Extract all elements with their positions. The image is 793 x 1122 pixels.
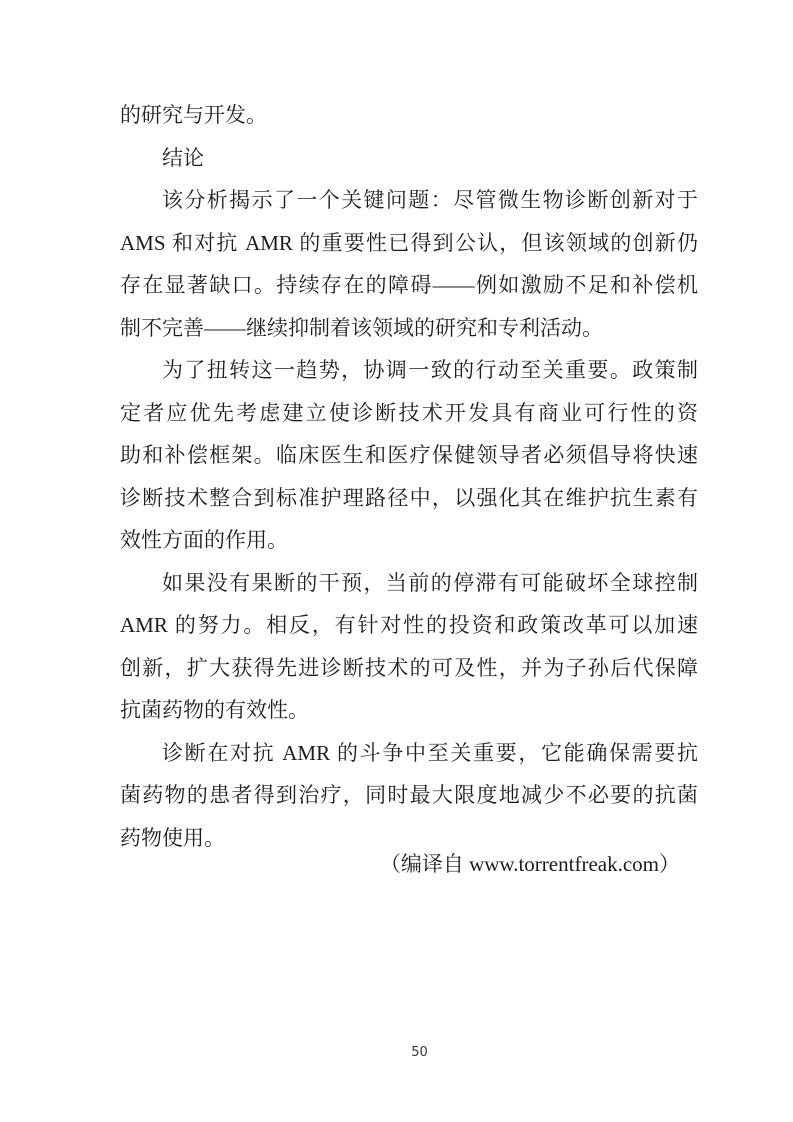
text-line: 如果没有果断的干预，当前的停滞有可能破坏全球控制	[120, 562, 698, 605]
text-line: 结论	[120, 137, 698, 180]
section-heading: 结论	[120, 137, 698, 180]
body-paragraph: 为了扭转这一趋势，协调一致的行动至关重要。政策制定者应优先考虑建立使诊断技术开发…	[120, 349, 698, 562]
text-line: 诊断技术整合到标准护理路径中，以强化其在维护抗生素有	[120, 477, 698, 520]
continuation-line: 的研究与开发。	[120, 94, 698, 137]
text-line: 诊断在对抗 AMR 的斗争中至关重要，它能确保需要抗	[120, 732, 698, 775]
document-page: 的研究与开发。结论该分析揭示了一个关键问题：尽管微生物诊断创新对于AMS 和对抗…	[0, 0, 793, 1122]
page-footer: 50	[0, 1045, 793, 1061]
text-line: 效性方面的作用。	[120, 519, 698, 562]
text-line: 制不完善——继续抑制着该领域的研究和专利活动。	[120, 307, 698, 350]
body-paragraph: 如果没有果断的干预，当前的停滞有可能破坏全球控制AMR 的努力。相反，有针对性的…	[120, 562, 698, 732]
text-line: 抗菌药物的有效性。	[120, 689, 698, 732]
text-line: 助和补偿框架。临床医生和医疗保健领导者必须倡导将快速	[120, 434, 698, 477]
document-body: 的研究与开发。结论该分析揭示了一个关键问题：尽管微生物诊断创新对于AMS 和对抗…	[120, 94, 698, 886]
text-line: AMS 和对抗 AMR 的重要性已得到公认，但该领域的创新仍	[120, 222, 698, 265]
text-line: 存在显著缺口。持续存在的障碍——例如激励不足和补偿机	[120, 264, 698, 307]
text-line: 该分析揭示了一个关键问题：尽管微生物诊断创新对于	[120, 179, 698, 222]
text-line: 菌药物的患者得到治疗，同时最大限度地减少不必要的抗菌	[120, 774, 698, 817]
text-line: 的研究与开发。	[120, 94, 698, 137]
text-line: AMR 的努力。相反，有针对性的投资和政策改革可以加速	[120, 604, 698, 647]
page-number: 50	[411, 1045, 428, 1060]
body-paragraph: 该分析揭示了一个关键问题：尽管微生物诊断创新对于AMS 和对抗 AMR 的重要性…	[120, 179, 698, 349]
body-paragraph: 诊断在对抗 AMR 的斗争中至关重要，它能确保需要抗菌药物的患者得到治疗，同时最…	[120, 732, 698, 860]
text-line: 为了扭转这一趋势，协调一致的行动至关重要。政策制	[120, 349, 698, 392]
text-line: 创新，扩大获得先进诊断技术的可及性，并为子孙后代保障	[120, 647, 698, 690]
text-line: 定者应优先考虑建立使诊断技术开发具有商业可行性的资	[120, 392, 698, 435]
